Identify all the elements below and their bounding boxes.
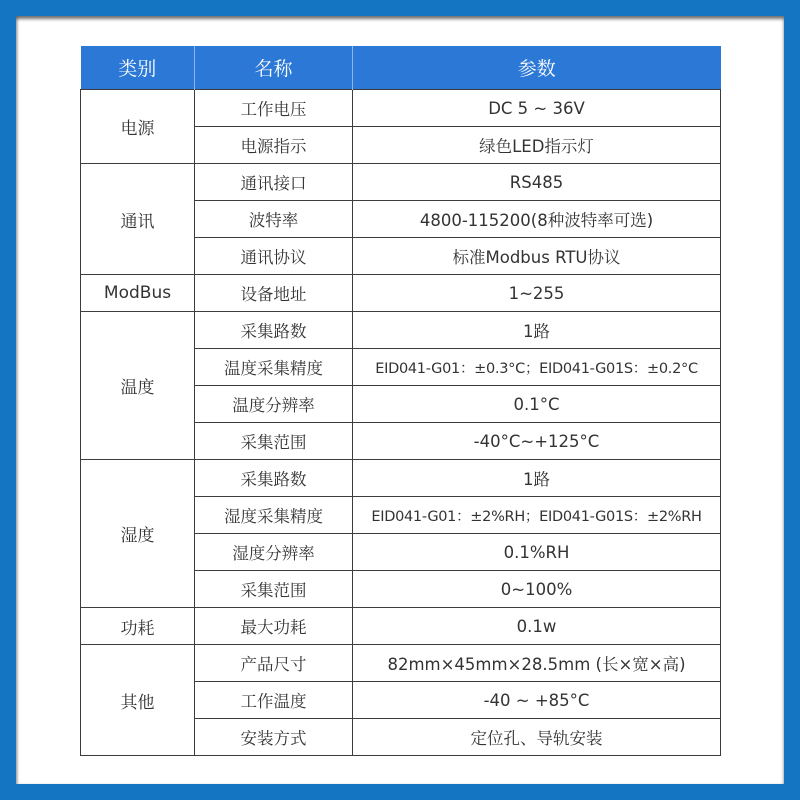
- table-row: 通讯通讯接口RS485: [81, 164, 721, 201]
- name-cell: 产品尺寸: [195, 645, 353, 682]
- value-cell: EID041-G01：±2%RH；EID041-G01S：±2%RH: [353, 497, 721, 534]
- category-cell: 功耗: [81, 608, 195, 645]
- category-cell: 湿度: [81, 460, 195, 608]
- name-cell: 湿度分辨率: [195, 534, 353, 571]
- value-cell: 82mm×45mm×28.5mm (长×宽×高): [353, 645, 721, 682]
- name-cell: 工作电压: [195, 90, 353, 127]
- value-cell: -40°C~+125°C: [353, 423, 721, 460]
- value-cell: 绿色LED指示灯: [353, 127, 721, 164]
- name-cell: 安装方式: [195, 719, 353, 756]
- value-cell: 1路: [353, 312, 721, 349]
- name-cell: 设备地址: [195, 275, 353, 312]
- table-row: 其他产品尺寸82mm×45mm×28.5mm (长×宽×高): [81, 645, 721, 682]
- category-cell: 通讯: [81, 164, 195, 275]
- header-name: 名称: [195, 46, 353, 90]
- value-cell: 0.1w: [353, 608, 721, 645]
- category-cell: 温度: [81, 312, 195, 460]
- name-cell: 工作温度: [195, 682, 353, 719]
- value-cell: 0.1%RH: [353, 534, 721, 571]
- value-cell: 0.1°C: [353, 386, 721, 423]
- content-panel: 类别 名称 参数 电源工作电压DC 5 ~ 36V电源指示绿色LED指示灯通讯通…: [16, 16, 784, 784]
- value-cell: 0~100%: [353, 571, 721, 608]
- value-cell: DC 5 ~ 36V: [353, 90, 721, 127]
- name-cell: 温度分辨率: [195, 386, 353, 423]
- name-cell: 采集范围: [195, 571, 353, 608]
- spec-table: 类别 名称 参数 电源工作电压DC 5 ~ 36V电源指示绿色LED指示灯通讯通…: [80, 46, 721, 756]
- category-cell: 电源: [81, 90, 195, 164]
- value-cell: EID041-G01：±0.3°C；EID041-G01S：±0.2°C: [353, 349, 721, 386]
- name-cell: 采集范围: [195, 423, 353, 460]
- table-row: 功耗最大功耗0.1w: [81, 608, 721, 645]
- category-cell: ModBus: [81, 275, 195, 312]
- name-cell: 温度采集精度: [195, 349, 353, 386]
- header-param: 参数: [353, 46, 721, 90]
- value-cell: 1~255: [353, 275, 721, 312]
- category-cell: 其他: [81, 645, 195, 756]
- value-cell: RS485: [353, 164, 721, 201]
- value-cell: 标准Modbus RTU协议: [353, 238, 721, 275]
- table-row: 电源工作电压DC 5 ~ 36V: [81, 90, 721, 127]
- table-header-row: 类别 名称 参数: [81, 46, 721, 90]
- name-cell: 通讯接口: [195, 164, 353, 201]
- name-cell: 通讯协议: [195, 238, 353, 275]
- value-cell: 4800-115200(8种波特率可选): [353, 201, 721, 238]
- name-cell: 最大功耗: [195, 608, 353, 645]
- name-cell: 波特率: [195, 201, 353, 238]
- table-row: ModBus设备地址1~255: [81, 275, 721, 312]
- header-category: 类别: [81, 46, 195, 90]
- value-cell: -40 ~ +85°C: [353, 682, 721, 719]
- name-cell: 电源指示: [195, 127, 353, 164]
- value-cell: 定位孔、导轨安装: [353, 719, 721, 756]
- table-body: 电源工作电压DC 5 ~ 36V电源指示绿色LED指示灯通讯通讯接口RS485波…: [81, 90, 721, 756]
- name-cell: 采集路数: [195, 312, 353, 349]
- name-cell: 湿度采集精度: [195, 497, 353, 534]
- name-cell: 采集路数: [195, 460, 353, 497]
- table-row: 温度采集路数1路: [81, 312, 721, 349]
- table-row: 湿度采集路数1路: [81, 460, 721, 497]
- value-cell: 1路: [353, 460, 721, 497]
